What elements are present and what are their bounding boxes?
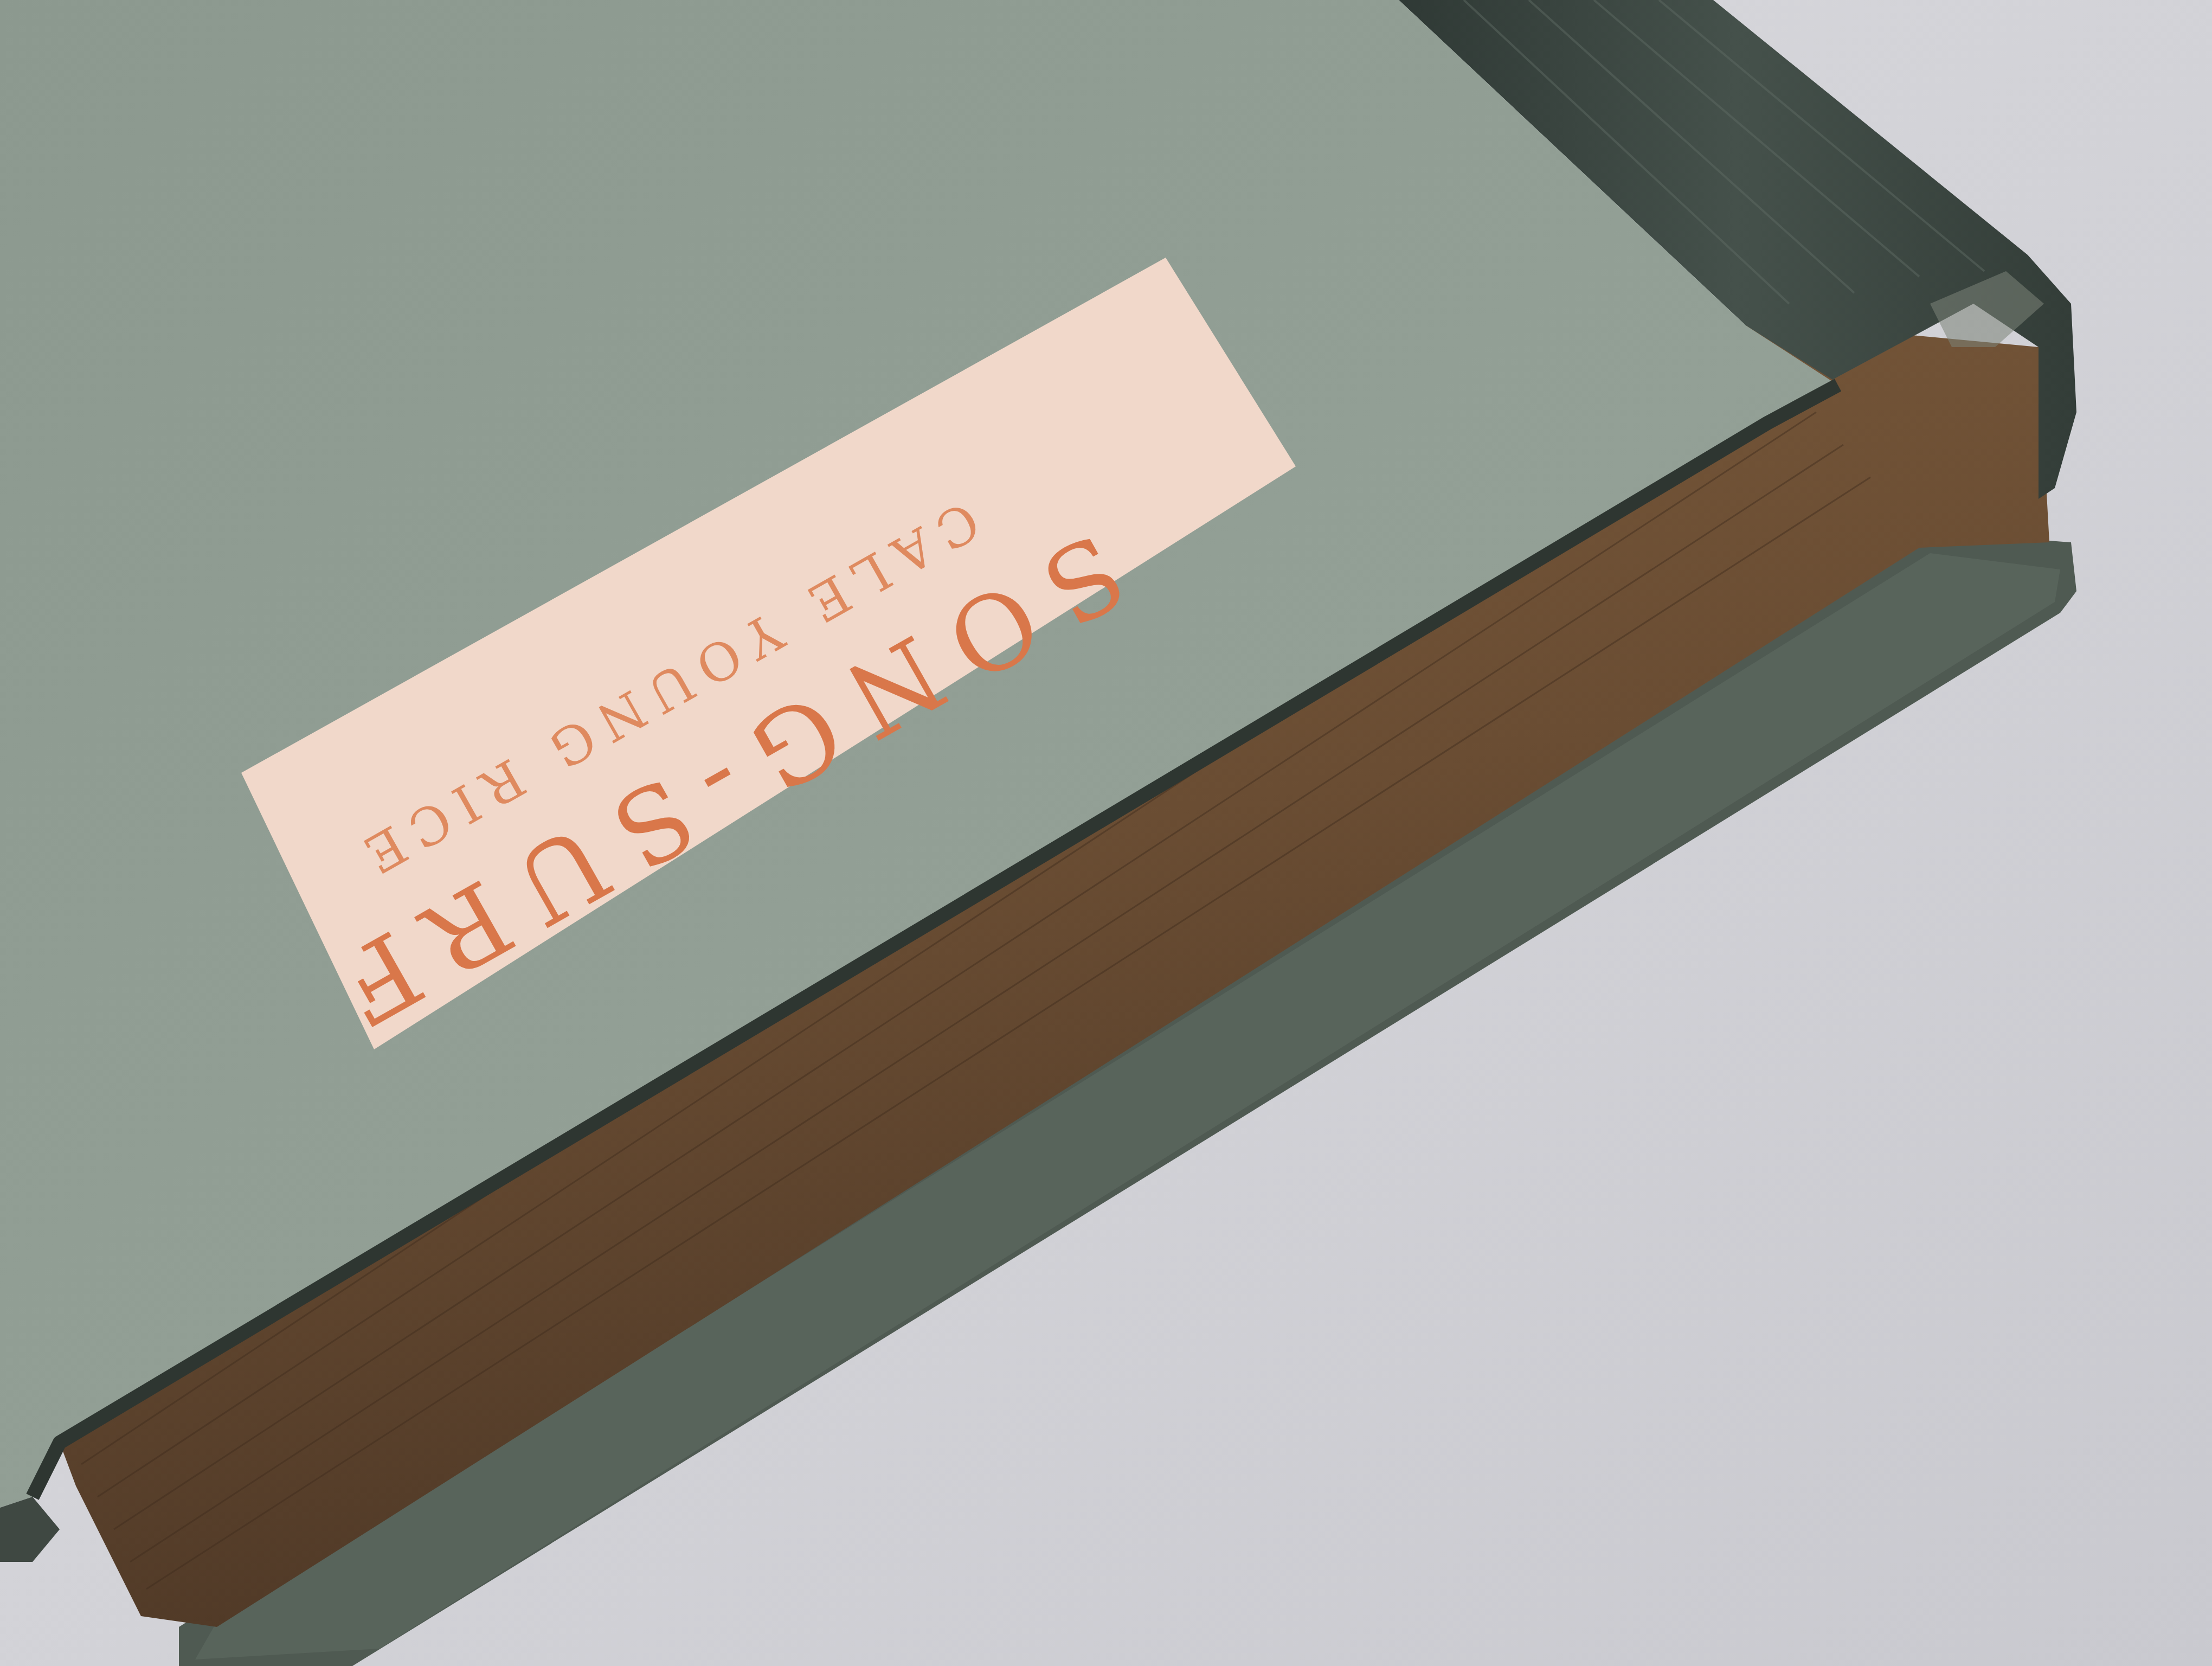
book-photo — [0, 0, 2212, 1666]
